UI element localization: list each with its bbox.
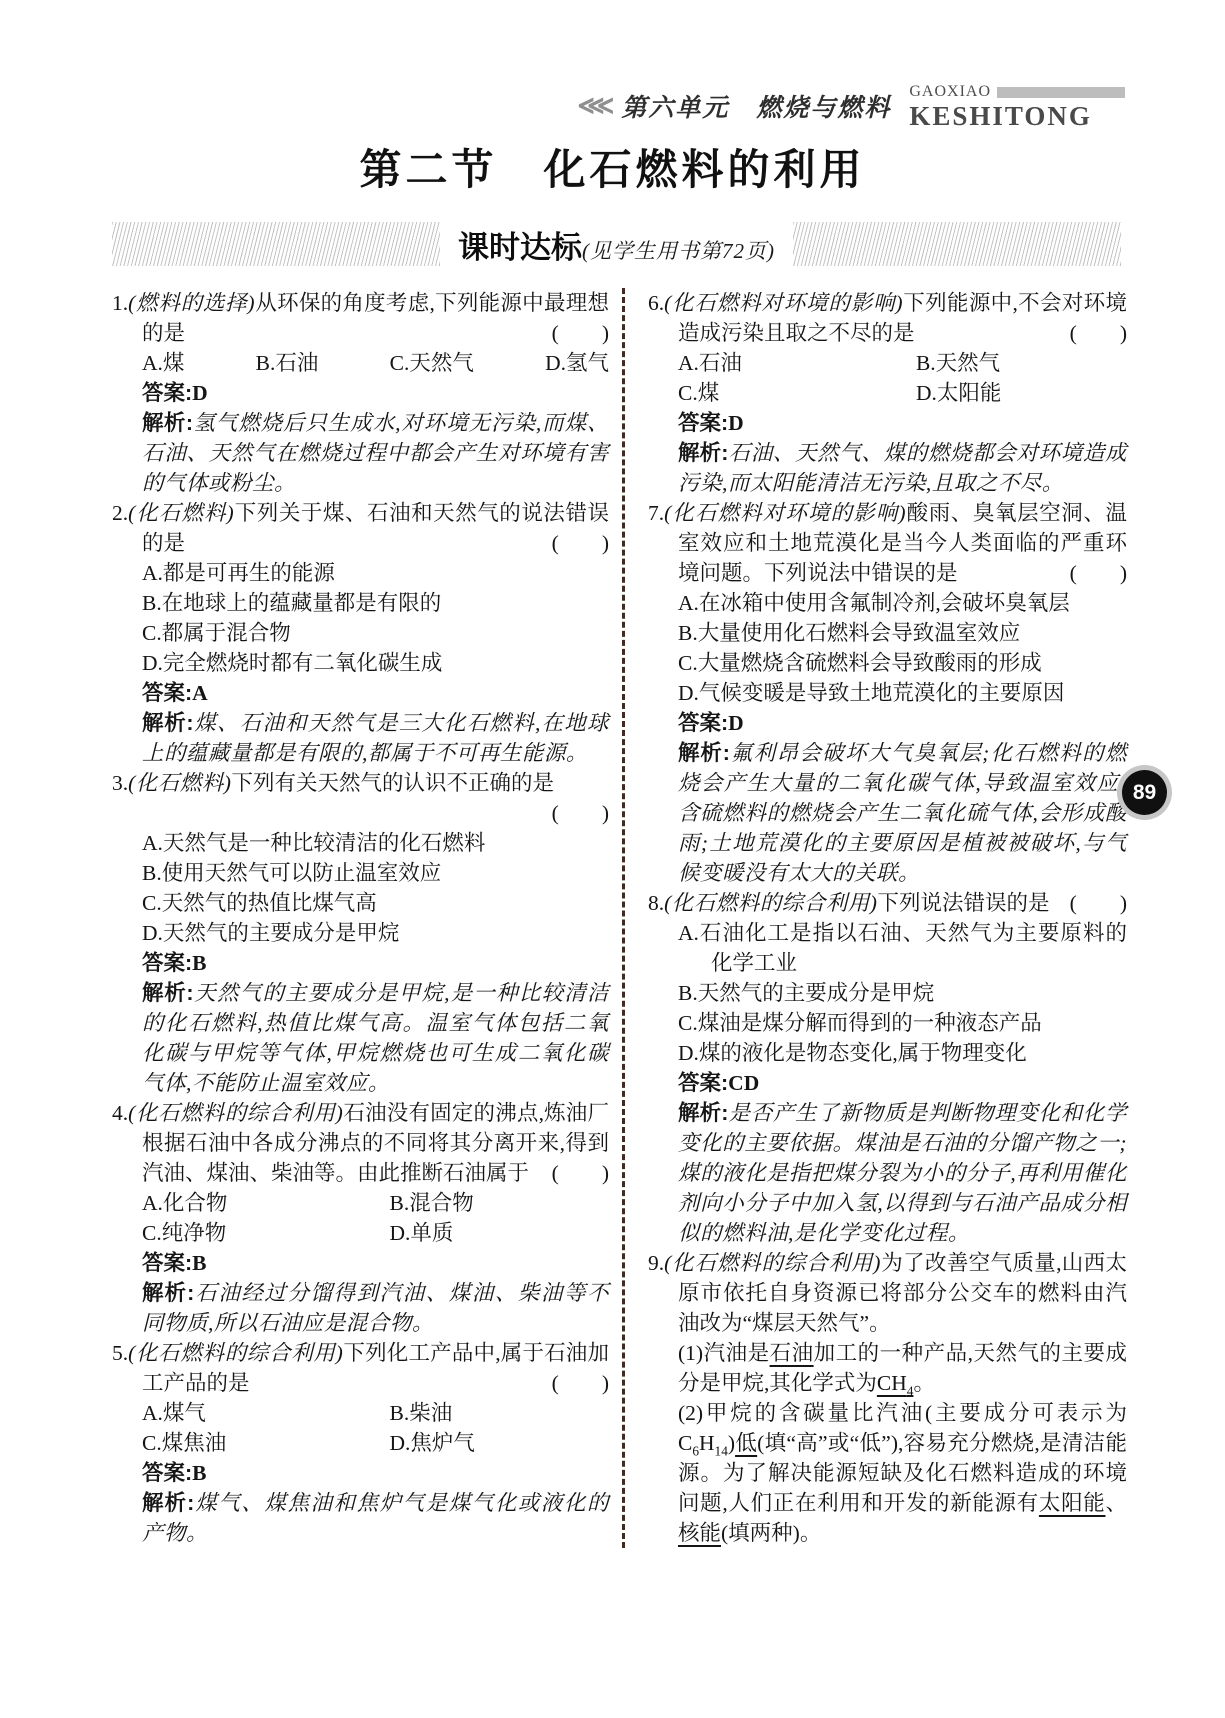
option-b: B.天然气 [916,348,1127,378]
answer-bracket: ( ) [1070,558,1127,588]
answer-line: 答案:CD [678,1068,1127,1098]
answer-line: 答案:D [142,378,609,408]
question-tag: (化石燃料的综合利用) [664,1251,881,1275]
analysis-line: 解析:煤气、煤焦油和焦炉气是煤气化或液化的产物。 [142,1488,609,1548]
option-a: A.天然气是一种比较清洁的化石燃料 [142,828,609,858]
option-c: C.大量燃烧含硫燃料会导致酸雨的形成 [678,648,1127,678]
option-c: C.煤 [678,378,916,408]
answer-label: 答案: [142,1461,192,1485]
answer-line: 答案:D [678,408,1127,438]
question-number: 4. [112,1101,128,1125]
analysis-label: 解析: [142,411,193,435]
column-left: 1.(燃料的选择)从环保的角度考虑,下列能源中最理想的是( ) A.煤 B.石油… [112,288,613,1548]
analysis-label: 解析: [142,1491,194,1515]
option-b: B.大量使用化石燃料会导致温室效应 [678,618,1127,648]
question-number: 3. [112,771,128,795]
unit-title: 第六单元 燃烧与燃料 [621,88,891,124]
question-3: 3.(化石燃料)下列有关天然气的认识不正确的是 ( ) A.天然气是一种比较清洁… [112,768,609,1098]
analysis-line: 解析:氢气燃烧后只生成水,对环境无污染,而煤、石油、天然气在燃烧过程中都会产生对… [142,408,609,498]
option-a: A.煤 [142,348,184,378]
answer-value: CD [728,1071,759,1095]
question-tag: (化石燃料) [128,771,231,795]
options: A.石油 B.天然气 C.煤 D.太阳能 [678,348,1127,408]
question-tag: (化石燃料) [128,501,234,525]
option-b: B.在地球上的蕴藏量都是有限的 [142,588,609,618]
question-8: 8.(化石燃料的综合利用)下列说法错误的是( ) A.石油化工是指以石油、天然气… [648,888,1127,1248]
logo-keshitong-text: KESHITONG [909,103,1125,130]
option-b: B.石油 [256,348,319,378]
option-a: A.煤气 [142,1398,390,1428]
question-number: 7. [648,501,664,525]
logo-bar [997,87,1125,98]
options: A.天然气是一种比较清洁的化石燃料 B.使用天然气可以防止温室效应 C.天然气的… [142,828,609,948]
option-a: A.石油 [678,348,916,378]
analysis-text: 煤气、煤焦油和焦炉气是煤气化或液化的产物。 [142,1491,609,1545]
answer-label: 答案: [678,1071,728,1095]
analysis-line: 解析:石油经过分馏得到汽油、煤油、柴油等不同物质,所以石油应是混合物。 [142,1278,609,1338]
question-stem-text: 下列说法错误的是 [877,891,1049,915]
option-c: C.纯净物 [142,1218,390,1248]
options: A.煤 B.石油 C.天然气 D.氢气 [142,348,609,378]
answer-label: 答案: [678,411,728,435]
option-d: D.单质 [390,1218,609,1248]
option-a: A.石油化工是指以石油、天然气为主要原料的化学工业 [678,918,1127,978]
section-banner: 课时达标(见学生用书第72页) [112,218,1121,270]
answer-bracket: ( ) [1070,888,1127,918]
answer-line: 答案:B [142,1458,609,1488]
analysis-text: 氢气燃烧后只生成水,对环境无污染,而煤、石油、天然气在燃烧过程中都会产生对环境有… [142,411,609,495]
answer-value: D [728,411,744,435]
answer-bracket: ( ) [552,528,609,558]
sub-question-1: (1)汽油是石油加工的一种产品,天然气的主要成分是甲烷,其化学式为CH4。 [678,1338,1127,1398]
answer-bracket: ( ) [552,1158,609,1188]
answer-bracket: ( ) [1070,318,1127,348]
sub-question-2: (2)甲烷的含碳量比汽油(主要成分可表示为C6H14)低(填“高”或“低”),容… [678,1398,1127,1548]
option-d: D.完全燃烧时都有二氧化碳生成 [142,648,609,678]
question-stem: 9.(化石燃料的综合利用)为了改善空气质量,山西太原市依托自身资源已将部分公交车… [678,1248,1127,1338]
option-d: D.天然气的主要成分是甲烷 [142,918,609,948]
analysis-line: 解析:煤、石油和天然气是三大化石燃料,在地球上的蕴藏量都是有限的,都属于不可再生… [142,708,609,768]
brand-logo: GAOXIAO KESHITONG [909,84,1125,130]
page-header: ⋘ 第六单元 燃烧与燃料 GAOXIAO KESHITONG [577,84,1125,130]
analysis-text: 石油、天然气、煤的燃烧都会对环境造成污染,而太阳能清洁无污染,且取之不尽。 [678,441,1127,495]
analysis-label: 解析: [678,741,730,765]
answer-value: B [192,1251,206,1275]
option-b: B.柴油 [390,1398,609,1428]
option-c: C.煤焦油 [142,1428,390,1458]
question-stem: 6.(化石燃料对环境的影响)下列能源中,不会对环境造成污染且取之不尽的是( ) [678,288,1127,348]
question-stem: 8.(化石燃料的综合利用)下列说法错误的是( ) [678,888,1127,918]
banner-title: 课时达标 [458,222,582,267]
question-number: 8. [648,891,664,915]
question-tag: (化石燃料对环境的影响) [664,501,906,525]
analysis-line: 解析:是否产生了新物质是判断物理变化和化学变化的主要依据。煤油是石油的分馏产物之… [678,1098,1127,1248]
question-stem: 3.(化石燃料)下列有关天然气的认识不正确的是 [142,768,609,798]
unit-heading: ⋘ 第六单元 燃烧与燃料 [577,88,891,130]
option-d: D.煤的液化是物态变化,属于物理变化 [678,1038,1127,1068]
analysis-label: 解析: [142,711,194,735]
option-d: D.太阳能 [916,378,1127,408]
option-a: A.都是可再生的能源 [142,558,609,588]
analysis-label: 解析: [142,1281,194,1305]
options: A.石油化工是指以石油、天然气为主要原料的化学工业 B.天然气的主要成分是甲烷 … [678,918,1127,1068]
answer-line: 答案:B [142,948,609,978]
column-right: 6.(化石燃料对环境的影响)下列能源中,不会对环境造成污染且取之不尽的是( ) … [622,288,1127,1548]
option-b: B.混合物 [390,1188,609,1218]
question-number: 6. [648,291,664,315]
option-c: C.天然气的热值比煤气高 [142,888,609,918]
option-c: C.煤油是煤分解而得到的一种液态产品 [678,1008,1127,1038]
hatch-bar-right [793,222,1121,266]
option-a: A.化合物 [142,1188,390,1218]
question-stem: 7.(化石燃料对环境的影响)酸雨、臭氧层空洞、温室效应和土地荒漠化是当今人类面临… [678,498,1127,588]
option-a: A.在冰箱中使用含氟制冷剂,会破坏臭氧层 [678,588,1127,618]
analysis-line: 解析:石油、天然气、煤的燃烧都会对环境造成污染,而太阳能清洁无污染,且取之不尽。 [678,438,1127,498]
hatch-bar-left [112,222,440,266]
option-b: B.天然气的主要成分是甲烷 [678,978,1127,1008]
analysis-label: 解析: [678,1101,728,1125]
answer-label: 答案: [142,681,192,705]
answer-bracket: ( ) [552,318,609,348]
question-2: 2.(化石燃料)下列关于煤、石油和天然气的说法错误的是( ) A.都是可再生的能… [112,498,609,768]
question-5: 5.(化石燃料的综合利用)下列化工产品中,属于石油加工产品的是( ) A.煤气 … [112,1338,609,1548]
question-1: 1.(燃料的选择)从环保的角度考虑,下列能源中最理想的是( ) A.煤 B.石油… [112,288,609,498]
question-6: 6.(化石燃料对环境的影响)下列能源中,不会对环境造成污染且取之不尽的是( ) … [648,288,1127,498]
analysis-label: 解析: [142,981,194,1005]
answer-value: B [192,1461,206,1485]
question-4: 4.(化石燃料的综合利用)石油没有固定的沸点,炼油厂根据石油中各成分沸点的不同将… [112,1098,609,1338]
analysis-label: 解析: [678,441,728,465]
answer-value: B [192,951,206,975]
answer-line: 答案:D [678,708,1127,738]
question-number: 9. [648,1251,664,1275]
question-number: 2. [112,501,128,525]
chevrons-left-icon: ⋘ [577,91,611,121]
question-tag: (化石燃料的综合利用) [664,891,877,915]
analysis-line: 解析:天然气的主要成分是甲烷,是一种比较清洁的化石燃料,热值比煤气高。温室气体包… [142,978,609,1098]
question-number: 1. [112,291,128,315]
answer-bracket: ( ) [142,798,609,828]
options: A.煤气 B.柴油 C.煤焦油 D.焦炉气 [142,1398,609,1458]
answer-line: 答案:A [142,678,609,708]
answer-value: D [728,711,744,735]
option-d: D.氢气 [545,348,609,378]
analysis-text: 氟利昂会破坏大气臭氧层;化石燃料的燃烧会产生大量的二氧化碳气体,导致温室效应;含… [678,741,1127,885]
question-stem: 5.(化石燃料的综合利用)下列化工产品中,属于石油加工产品的是( ) [142,1338,609,1398]
options: A.在冰箱中使用含氟制冷剂,会破坏臭氧层 B.大量使用化石燃料会导致温室效应 C… [678,588,1127,708]
analysis-text: 天然气的主要成分是甲烷,是一种比较清洁的化石燃料,热值比煤气高。温室气体包括二氧… [142,981,609,1095]
question-number: 5. [112,1341,128,1365]
answer-label: 答案: [142,951,192,975]
option-d: D.气候变暖是导致土地荒漠化的主要原因 [678,678,1127,708]
page-body: 第二节 化石燃料的利用 课时达标(见学生用书第72页) 1.(燃料的选择)从环保… [0,0,1225,1548]
answer-value: D [192,381,208,405]
analysis-text: 石油经过分馏得到汽油、煤油、柴油等不同物质,所以石油应是混合物。 [142,1281,609,1335]
question-tag: (燃料的选择) [128,291,255,315]
question-tag: (化石燃料对环境的影响) [664,291,903,315]
options: A.都是可再生的能源 B.在地球上的蕴藏量都是有限的 C.都属于混合物 D.完全… [142,558,609,678]
question-7: 7.(化石燃料对环境的影响)酸雨、臭氧层空洞、温室效应和土地荒漠化是当今人类面临… [648,498,1127,888]
question-stem: 4.(化石燃料的综合利用)石油没有固定的沸点,炼油厂根据石油中各成分沸点的不同将… [142,1098,609,1188]
question-9: 9.(化石燃料的综合利用)为了改善空气质量,山西太原市依托自身资源已将部分公交车… [648,1248,1127,1548]
question-stem: 1.(燃料的选择)从环保的角度考虑,下列能源中最理想的是( ) [142,288,609,348]
page-number-badge: 89 [1122,770,1167,815]
option-b: B.使用天然气可以防止温室效应 [142,858,609,888]
question-tag: (化石燃料的综合利用) [128,1341,343,1365]
options: A.化合物 B.混合物 C.纯净物 D.单质 [142,1188,609,1248]
question-stem: 2.(化石燃料)下列关于煤、石油和天然气的说法错误的是( ) [142,498,609,558]
analysis-line: 解析:氟利昂会破坏大气臭氧层;化石燃料的燃烧会产生大量的二氧化碳气体,导致温室效… [678,738,1127,888]
banner-subtitle: (见学生用书第72页) [582,235,775,265]
option-c: C.天然气 [390,348,474,378]
question-tag: (化石燃料的综合利用) [128,1101,343,1125]
analysis-text: 煤、石油和天然气是三大化石燃料,在地球上的蕴藏量都是有限的,都属于不可再生能源。 [142,711,609,765]
question-stem-text: 下列有关天然气的认识不正确的是 [231,771,554,795]
option-d: D.焦炉气 [390,1428,609,1458]
answer-label: 答案: [678,711,728,735]
answer-label: 答案: [142,1251,192,1275]
answer-label: 答案: [142,381,192,405]
option-c: C.都属于混合物 [142,618,609,648]
logo-gaoxiao-text: GAOXIAO [909,84,991,100]
question-columns: 1.(燃料的选择)从环保的角度考虑,下列能源中最理想的是( ) A.煤 B.石油… [112,288,1127,1548]
answer-value: A [192,681,208,705]
analysis-text: 是否产生了新物质是判断物理变化和化学变化的主要依据。煤油是石油的分馏产物之一;煤… [678,1101,1127,1245]
page-title: 第二节 化石燃料的利用 [0,142,1225,198]
answer-line: 答案:B [142,1248,609,1278]
answer-bracket: ( ) [552,1368,609,1398]
